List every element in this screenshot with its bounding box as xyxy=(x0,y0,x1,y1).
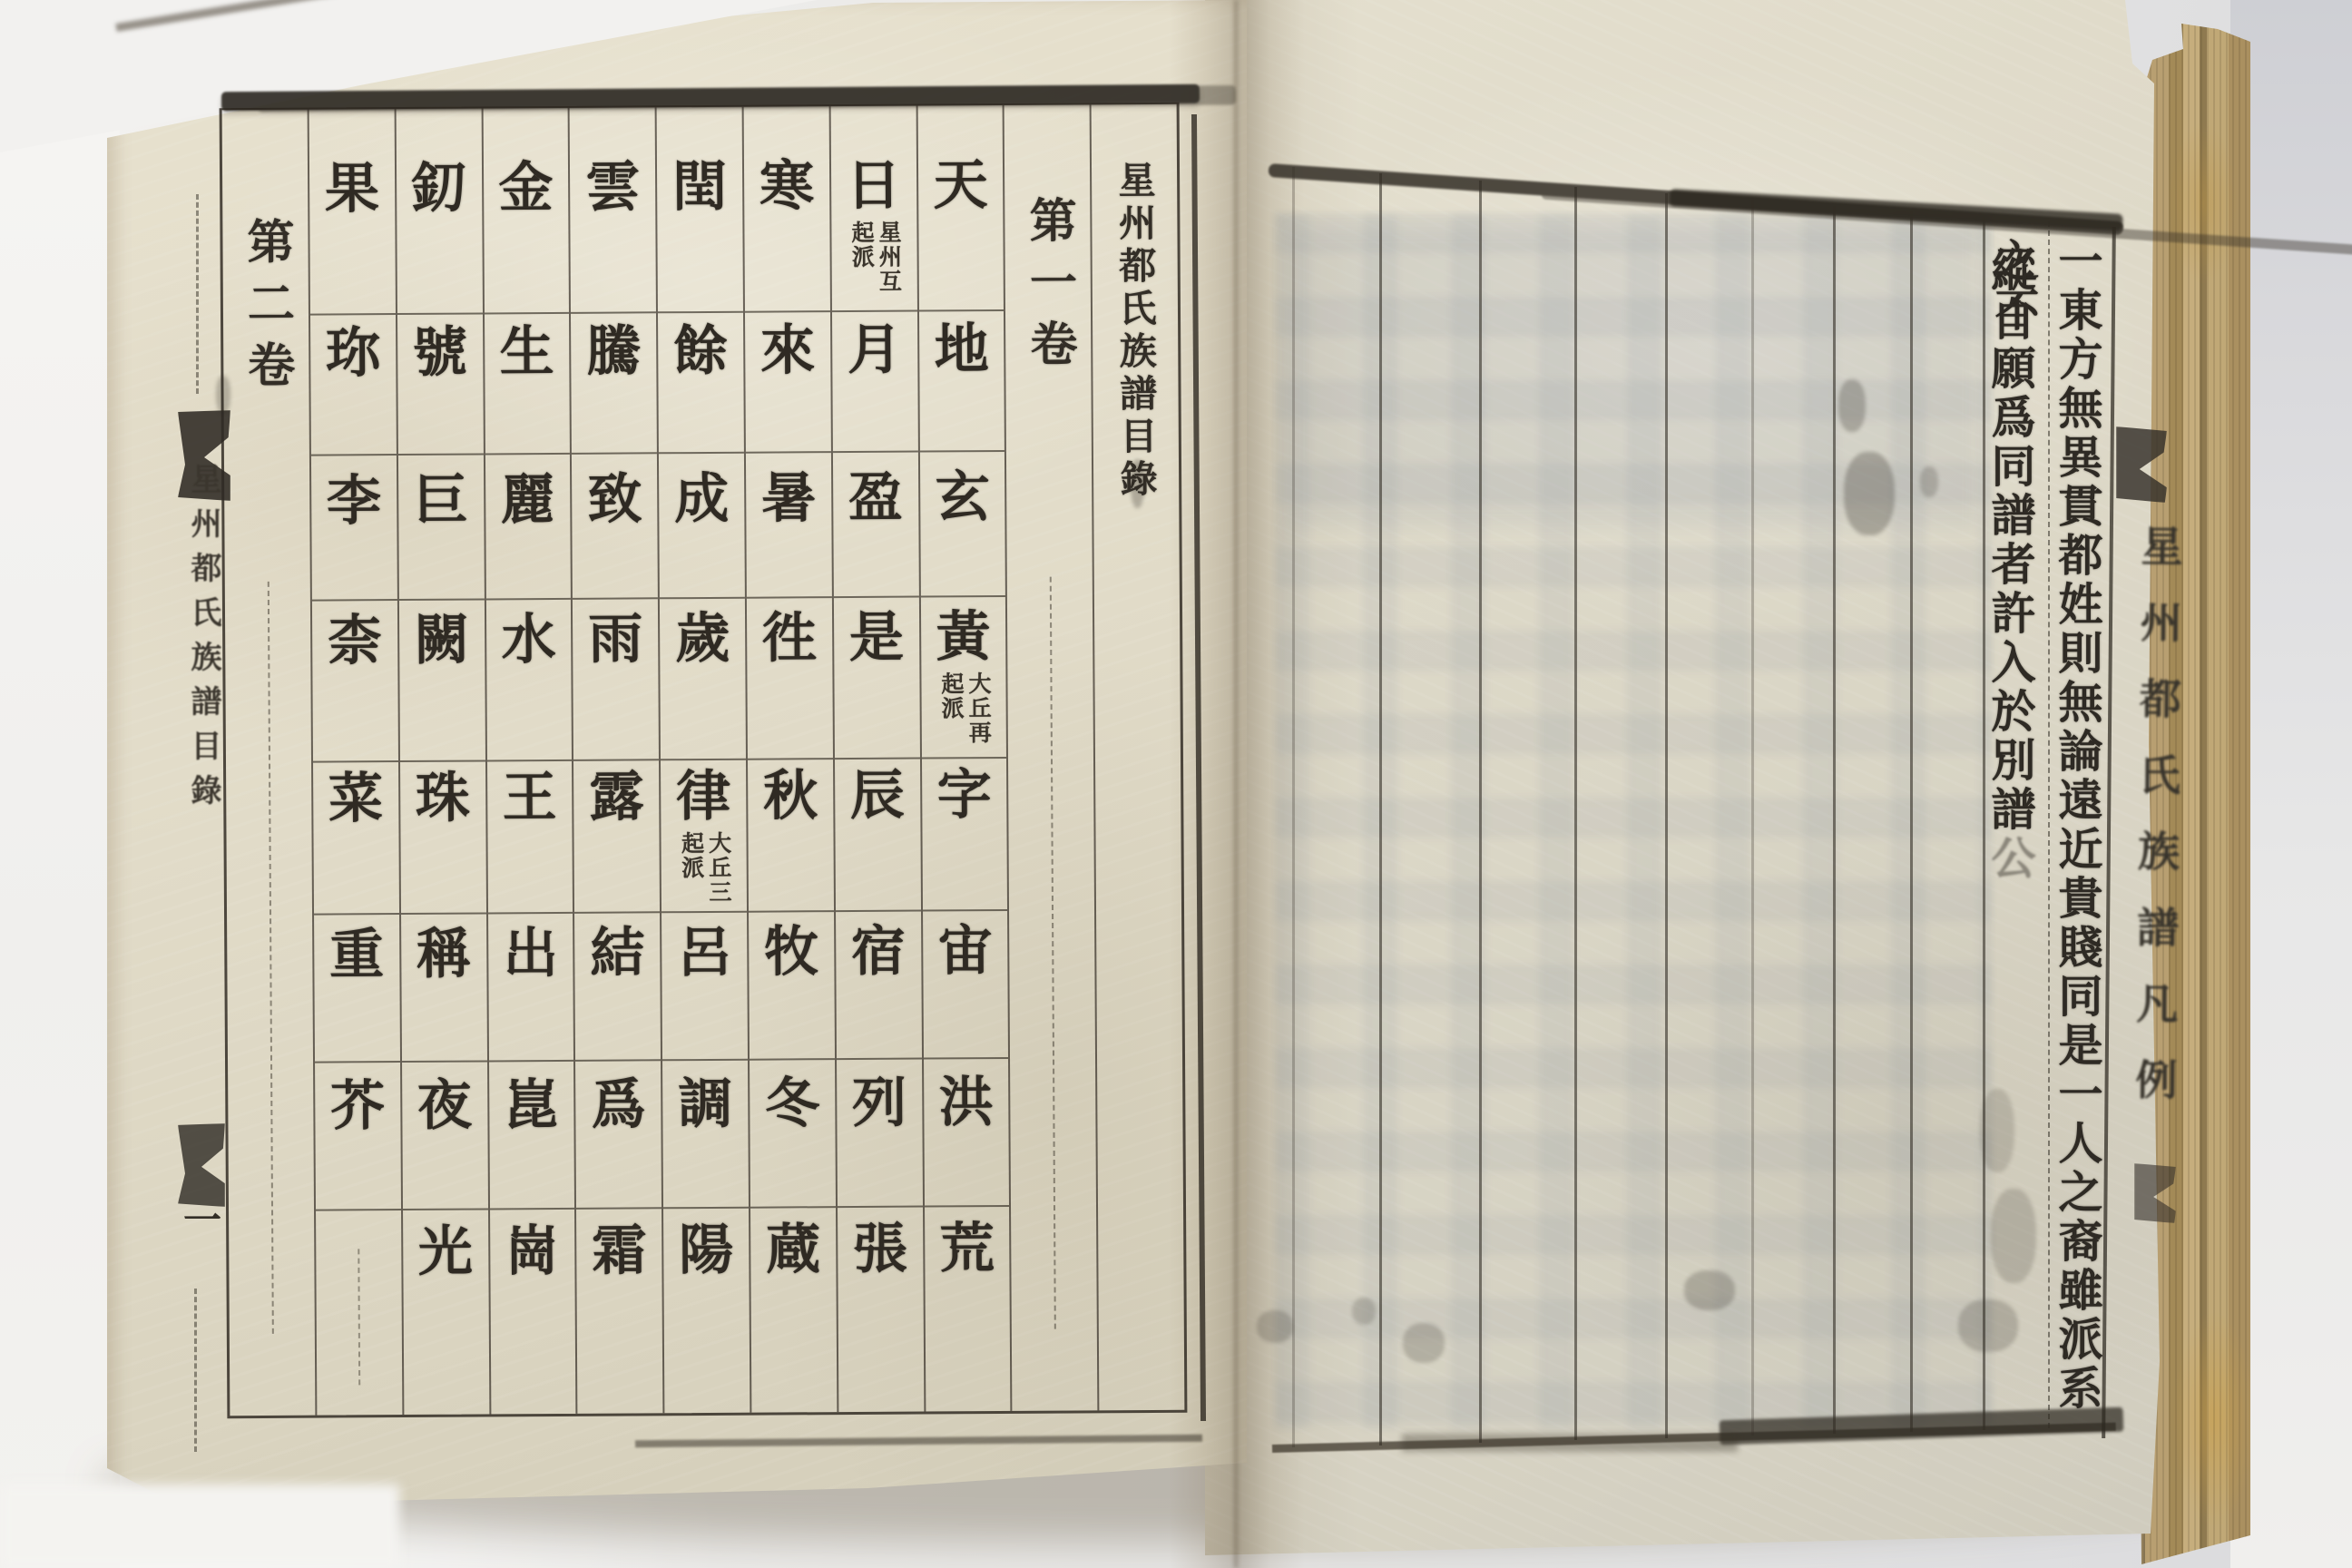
grid-cell: 宙 xyxy=(923,911,1009,1060)
cell-character: 是 xyxy=(849,611,904,665)
spine-page-number: 一 xyxy=(183,1191,221,1245)
column-rule-line xyxy=(1910,211,1913,1432)
grid-cell: 辰 xyxy=(835,759,921,913)
grid-cell: 律大丘三起派 xyxy=(661,760,747,914)
cell-character: 冬 xyxy=(765,1076,819,1131)
ink-smudge xyxy=(1838,379,1866,432)
cell-character: 夜 xyxy=(417,1079,472,1133)
column-rule-line xyxy=(1833,206,1836,1434)
grid-cell: 重 xyxy=(314,915,400,1063)
cell-character: 律 xyxy=(676,769,730,824)
cell-character: 霜 xyxy=(592,1223,646,1278)
volume-one-column: 第一卷 xyxy=(1003,104,1098,1411)
grid-column: 閏餘成歲律大丘三起派呂調陽 xyxy=(655,107,750,1414)
ink-smudge xyxy=(1131,459,1144,508)
cell-character: 騰 xyxy=(586,324,641,378)
cell-character: 重 xyxy=(329,927,384,982)
cell-character: 出 xyxy=(504,926,558,981)
grid-cell: 蔵 xyxy=(750,1208,837,1417)
cell-character: 光 xyxy=(418,1225,473,1279)
grid-cell: 闕 xyxy=(399,600,485,762)
ink-smudge xyxy=(1257,1310,1293,1343)
grid-cell: 玄 xyxy=(919,452,1005,598)
grid-cell: 致 xyxy=(572,454,658,600)
cell-character: 月 xyxy=(848,323,902,377)
branch-annotation: 星州互起派 xyxy=(847,220,902,302)
photo-backdrop-bottom-left xyxy=(0,1485,399,1568)
cell-character: 爲 xyxy=(591,1077,645,1132)
cell-character: 金 xyxy=(498,161,553,215)
grid-cell: 生 xyxy=(484,314,570,456)
grid-cell: 果 xyxy=(309,109,395,316)
cell-character: 雲 xyxy=(585,160,640,214)
grid-cell: 金 xyxy=(483,108,569,315)
grid-cell: 芥 xyxy=(315,1063,401,1211)
column-rule-line xyxy=(1574,187,1577,1440)
cell-character: 闕 xyxy=(415,613,469,668)
gutter-crease xyxy=(1234,0,1238,1568)
grid-cell: 閏 xyxy=(657,107,743,314)
column-rule-line xyxy=(1479,181,1482,1443)
cell-character: 崑 xyxy=(505,1078,559,1132)
cell-character: 號 xyxy=(413,326,467,380)
ink-smudge xyxy=(1991,1189,2036,1283)
grid-cell: 暑 xyxy=(746,453,832,599)
cell-character: 成 xyxy=(674,472,729,526)
cell-character: 黃 xyxy=(936,610,990,664)
table-title-column: 星州都氏族譜目錄 xyxy=(1090,104,1185,1411)
cell-character: 李 xyxy=(327,474,381,528)
column-rule-line xyxy=(1665,193,1668,1437)
grid-cell: 稱 xyxy=(401,914,487,1063)
grid-column: 金生麗水王出崑崗 xyxy=(481,108,576,1415)
grid-cell: 徃 xyxy=(747,598,833,760)
ink-smudge xyxy=(216,376,230,414)
grid-cell: 崗 xyxy=(490,1210,576,1419)
grid-cell: 崑 xyxy=(489,1062,575,1210)
cell-character: 果 xyxy=(325,162,379,216)
grid-column: 果珎李柰菜重芥 xyxy=(307,109,402,1416)
ink-smudge xyxy=(1920,466,1938,497)
grid-cell: 地 xyxy=(919,311,1005,453)
grid-cell: 柰 xyxy=(312,601,398,763)
cell-character: 玄 xyxy=(936,470,990,524)
cell-character: 牧 xyxy=(764,925,818,979)
spine-title: 星州都氏族譜目錄 xyxy=(185,463,225,853)
cell-character: 麗 xyxy=(500,473,554,527)
grid-cell: 陽 xyxy=(663,1209,750,1418)
cell-character: 呂 xyxy=(677,926,731,980)
cell-character: 釖 xyxy=(412,162,466,216)
cell-character: 陽 xyxy=(679,1223,733,1278)
grid-cell: 日星州互起派 xyxy=(830,106,916,313)
grid-cell: 王 xyxy=(487,761,573,915)
cell-character: 暑 xyxy=(761,471,816,525)
grid-cell: 來 xyxy=(745,312,831,454)
ink-smudge xyxy=(1980,1089,2014,1172)
cell-character: 列 xyxy=(852,1076,906,1131)
general-rules-text-column-1: 一東方無異貫都姓則無論遠近貴賤同是一人之裔雖派系之不 xyxy=(2053,238,2109,1449)
column-rule-line xyxy=(1292,167,1295,1448)
grid-column: 雲騰致雨露結爲霜 xyxy=(568,107,663,1414)
grid-column: 寒來暑徃秋牧冬蔵 xyxy=(742,106,838,1413)
cell-character: 宿 xyxy=(851,925,906,979)
grid-cell: 是 xyxy=(834,598,920,760)
cell-character: 天 xyxy=(933,158,987,212)
spine-guideline-top xyxy=(196,194,199,394)
cell-character: 辰 xyxy=(850,769,905,823)
cell-character: 盈 xyxy=(848,471,903,525)
cell-character: 露 xyxy=(589,769,643,824)
grid-cell: 黃大丘再起派 xyxy=(920,597,1006,759)
grid-cell: 冬 xyxy=(750,1060,836,1209)
grid-cell: 牧 xyxy=(749,912,835,1061)
grid-cell: 張 xyxy=(838,1208,924,1417)
cell-character: 地 xyxy=(935,322,989,377)
ink-smudge xyxy=(1684,1270,1735,1310)
grid-column: 釖號巨闕珠稱夜光 xyxy=(394,108,489,1415)
cell-character: 崗 xyxy=(505,1224,560,1279)
cell-character: 珎 xyxy=(326,326,380,380)
cell-character: 蔵 xyxy=(766,1222,820,1277)
grid-cell: 李 xyxy=(311,456,397,602)
ink-smudge xyxy=(1403,1323,1445,1363)
cell-character: 秋 xyxy=(763,769,818,823)
cell-character: 來 xyxy=(760,323,815,377)
right-page-bottom-border-spray xyxy=(1402,1434,1738,1452)
grid-cell: 夜 xyxy=(402,1062,488,1210)
contents-table: 星州都氏族譜目錄 第一卷 天地玄黃大丘再起派字宙洪荒日星州互起派月盈是辰宿列張寒… xyxy=(220,103,1188,1418)
faded-character: 公 xyxy=(1985,835,2035,884)
grid-cell: 洪 xyxy=(924,1059,1010,1208)
grid-cell: 爲 xyxy=(575,1061,661,1210)
grid-cell: 荒 xyxy=(925,1207,1011,1416)
grid-cell: 麗 xyxy=(485,455,571,601)
grid-cell: 騰 xyxy=(571,313,657,455)
grid-cell: 珎 xyxy=(310,315,397,456)
grid-cell: 號 xyxy=(397,314,484,456)
general-rules-text-column-2-text: 縱自願爲同譜者許入於別譜 xyxy=(1985,247,2035,835)
grid-cell: 成 xyxy=(659,454,745,600)
cell-character: 徃 xyxy=(762,611,817,665)
ink-smudge xyxy=(1958,1299,2018,1352)
grid-cell: 雨 xyxy=(573,599,659,761)
photo-backdrop-left xyxy=(0,0,120,1568)
cell-character: 調 xyxy=(678,1077,732,1132)
grid-cell xyxy=(316,1210,402,1420)
grid-cell: 釖 xyxy=(396,108,482,315)
cell-character: 字 xyxy=(937,768,992,822)
grid-cell: 天 xyxy=(917,105,1004,312)
branch-annotation: 大丘三起派 xyxy=(677,831,732,911)
grid-cell: 字 xyxy=(922,759,1008,912)
cell-character: 餘 xyxy=(673,324,728,378)
grid-cell: 霜 xyxy=(576,1209,662,1418)
grid-cell: 歲 xyxy=(660,599,746,761)
cell-character: 寒 xyxy=(759,159,814,213)
cell-character: 稱 xyxy=(416,927,471,982)
fore-edge-title: 星州都氏族譜凡例 xyxy=(2129,524,2189,1197)
grid-cell: 寒 xyxy=(744,106,830,313)
grid-cell: 雲 xyxy=(570,107,656,314)
grid-cell: 調 xyxy=(662,1061,749,1210)
grid-column: 天地玄黃大丘再起派字宙洪荒 xyxy=(916,105,1011,1412)
ink-smudge xyxy=(1352,1298,1376,1325)
cell-character: 水 xyxy=(501,612,555,667)
cell-character: 柰 xyxy=(328,613,382,668)
cell-character: 珠 xyxy=(416,771,470,826)
cell-character: 芥 xyxy=(330,1079,385,1133)
grid-cell: 結 xyxy=(574,913,661,1062)
grid-cell: 呂 xyxy=(661,913,748,1062)
grid-cell: 盈 xyxy=(833,453,919,599)
ink-smudge xyxy=(1844,452,1895,535)
column-rule-line xyxy=(1751,200,1754,1436)
grid-cell: 巨 xyxy=(398,455,485,601)
grid-cell: 珠 xyxy=(400,761,486,915)
column-rule-line xyxy=(1379,173,1382,1445)
grid-cell: 月 xyxy=(832,312,918,454)
grid-cell: 出 xyxy=(488,914,574,1063)
grid-column: 日星州互起派月盈是辰宿列張 xyxy=(828,106,924,1413)
grid-cell: 露 xyxy=(573,760,660,914)
cell-character: 雨 xyxy=(588,612,642,666)
grid-cell: 秋 xyxy=(748,759,834,913)
grid-cell: 列 xyxy=(837,1060,923,1209)
grid-cell: 宿 xyxy=(836,912,922,1061)
cell-character: 歲 xyxy=(675,612,730,666)
cell-character: 日 xyxy=(847,159,901,213)
cell-character: 結 xyxy=(590,926,644,980)
cell-character: 宙 xyxy=(938,924,993,978)
grid-cell: 餘 xyxy=(658,313,744,455)
cell-character: 洪 xyxy=(939,1075,994,1130)
cell-character: 巨 xyxy=(414,474,468,528)
grid-cell: 菜 xyxy=(313,762,399,916)
grid-cell: 光 xyxy=(403,1210,489,1419)
volume-two-column: 第二卷 xyxy=(222,110,316,1416)
table-title: 星州都氏族譜目錄 xyxy=(1108,161,1169,1410)
cell-character: 王 xyxy=(502,770,556,825)
branch-annotation: 大丘再起派 xyxy=(936,671,992,753)
cell-character: 致 xyxy=(587,472,642,526)
empty-cell-guideline xyxy=(358,1249,360,1385)
cell-character: 張 xyxy=(853,1222,907,1277)
grid-cell: 水 xyxy=(485,600,572,762)
cell-character: 荒 xyxy=(940,1221,995,1276)
spine-guideline-bottom xyxy=(194,1289,197,1452)
cell-character: 菜 xyxy=(328,771,383,826)
cell-character: 閏 xyxy=(672,160,727,214)
cell-character: 生 xyxy=(499,325,554,379)
